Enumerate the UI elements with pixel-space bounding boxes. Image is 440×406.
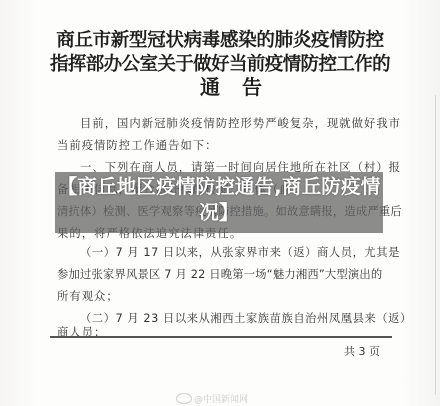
page-edge-divider [435, 95, 436, 395]
body-line-9: 所有观众； [57, 288, 119, 304]
body-line-7: （一）7 月 17 日以来，从张家界市来（返）商人员，尤其是 [80, 244, 400, 260]
notice-title-line-1: 商丘市新型冠状病毒感染的肺炎疫情防控 [0, 26, 440, 52]
headline-overlay-text: 【商丘地区疫情防控通告,商丘防疫情况】 [55, 174, 383, 226]
body-line-10: （二）7 月 23 日以来从湘西土家族苗族自治州凤凰县来（返） [80, 310, 412, 326]
source-watermark: @中国新闻网 [176, 392, 248, 405]
notice-title-line-3: 通告 [0, 71, 440, 100]
body-line-2: 当前疫情防控工作通告如下： [57, 137, 218, 153]
watermark-text: @中国新闻网 [194, 392, 248, 405]
weibo-logo-icon [176, 393, 192, 404]
page-footer-rule [50, 336, 392, 338]
body-line-1: 目前，国内新冠肺炎疫情防控形势严峻复杂，现就做好我市 [80, 115, 401, 131]
page-count-label: 共 3 页 [344, 343, 380, 359]
scanned-document-page: 商丘市新型冠状病毒感染的肺炎疫情防控 指挥部办公室关于做好当前疫情防控工作的 通… [0, 0, 440, 406]
body-line-8: 参加过张家界风景区 7 月 22 日晚第一场“魅力湘西”大型演出的 [57, 266, 382, 282]
